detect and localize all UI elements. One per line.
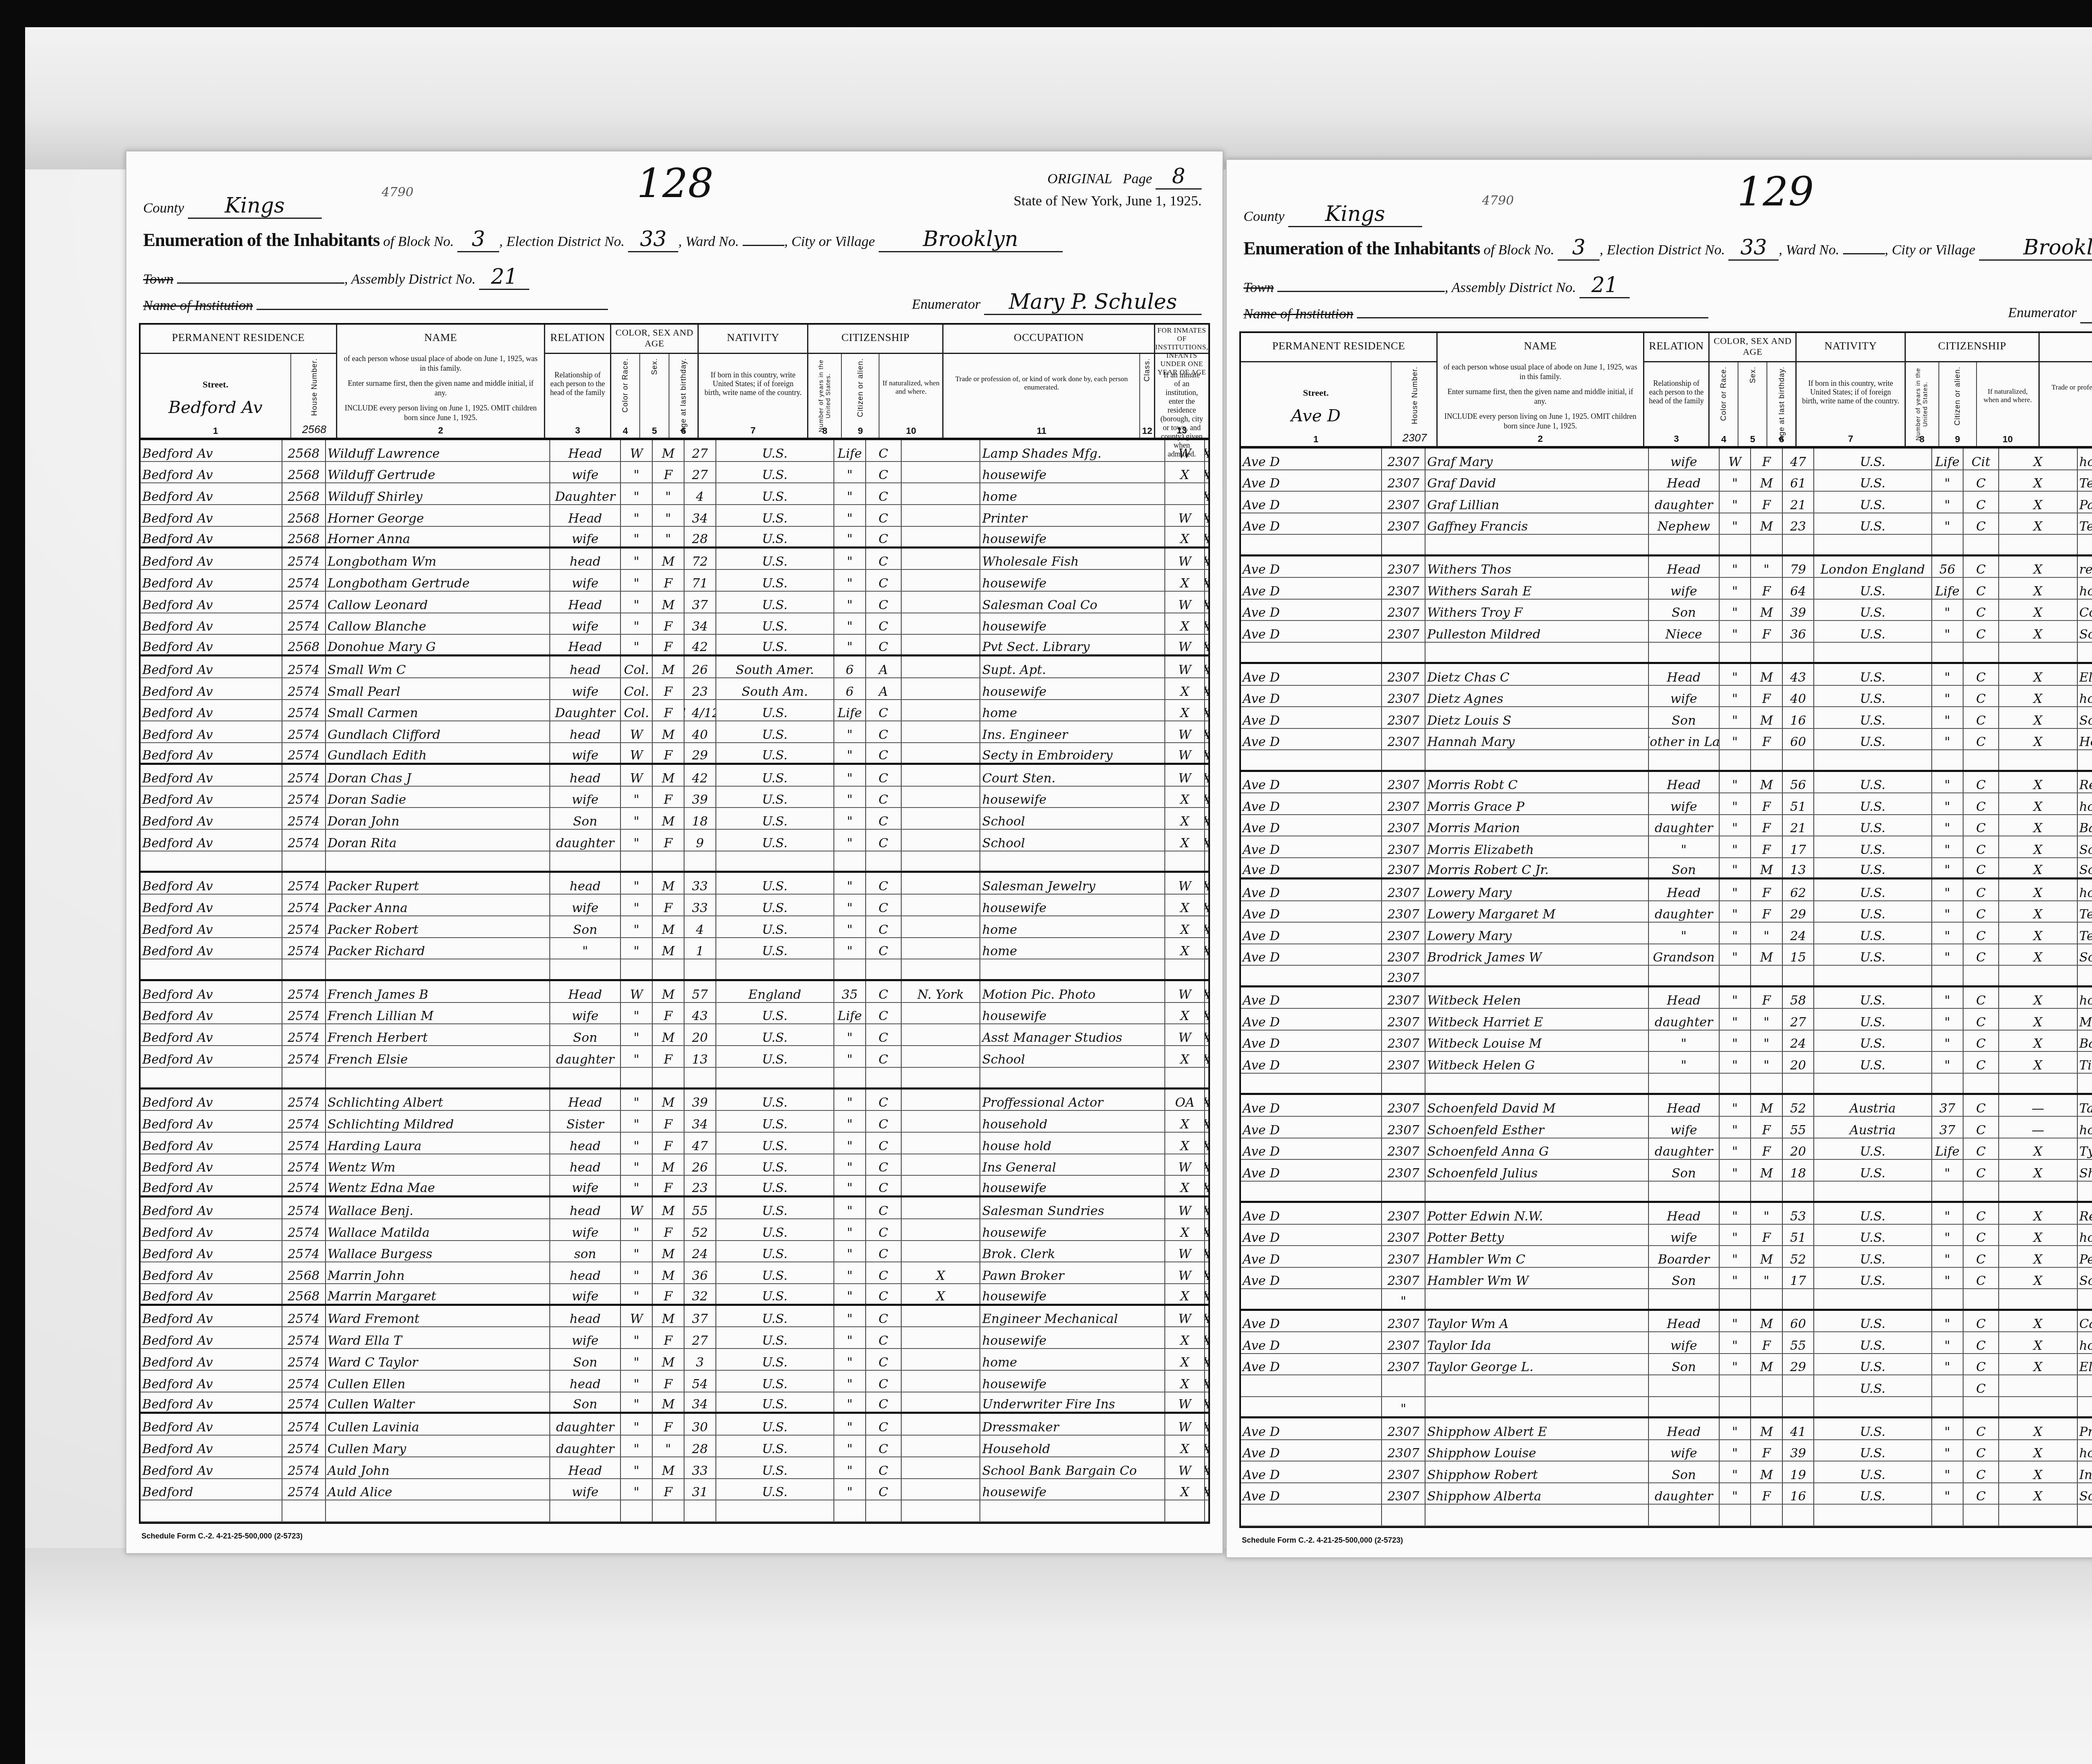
cell-relation: son bbox=[550, 1241, 621, 1262]
ward-value bbox=[1843, 253, 1885, 254]
cell-nativity: U.S. bbox=[716, 938, 834, 959]
header-sex: Sex. bbox=[1748, 367, 1757, 383]
cell-street: Ave D bbox=[1241, 987, 1382, 1008]
cell-years-in-us: " bbox=[834, 1176, 866, 1195]
cell-house-number: 2574 bbox=[282, 1371, 326, 1392]
cell-sex: M bbox=[653, 1090, 685, 1110]
column-number: 2 bbox=[337, 425, 544, 436]
cell-age: 56 bbox=[1783, 772, 1814, 793]
cell-occupation: School Bank Bargain Co bbox=[980, 1457, 1165, 1478]
header-relation: RELATION Relationship of each person to … bbox=[1644, 333, 1710, 446]
cell-class: X bbox=[1165, 570, 1205, 591]
cell-class: X bbox=[1165, 527, 1205, 546]
cell-naturalized bbox=[902, 1219, 980, 1240]
cell-inmate-residence: X bbox=[1205, 1392, 1208, 1412]
cell-house-number: 2574 bbox=[282, 1479, 326, 1500]
cell-occupation: Brok. Clerk bbox=[980, 1241, 1165, 1262]
cell-age: 51 bbox=[1783, 1225, 1814, 1246]
cell-age: 40 bbox=[685, 721, 716, 742]
cell-age: 27 bbox=[685, 440, 716, 461]
cell-color: W bbox=[1720, 449, 1751, 469]
cell-nativity: U.S. bbox=[716, 1046, 834, 1067]
cell-class: W bbox=[1165, 1241, 1205, 1262]
cell-inmate-residence: X bbox=[1205, 505, 1208, 526]
cell-sex bbox=[1751, 1397, 1782, 1417]
block-value: 3 bbox=[1558, 235, 1600, 261]
cell-color: " bbox=[1720, 879, 1751, 900]
cell-street: Ave D bbox=[1241, 513, 1382, 534]
cell-citizen-alien: C bbox=[866, 787, 902, 808]
county-field: County Kings bbox=[1243, 202, 1422, 227]
cell-occupation: house hold bbox=[980, 1133, 1165, 1154]
cell-name: Wilduff Lawrence bbox=[326, 440, 550, 461]
cell-sex: M bbox=[653, 549, 685, 569]
column-number: 8 bbox=[1906, 434, 1938, 444]
cell-inmate-residence: X bbox=[1205, 981, 1208, 1002]
town-assembly-line: Town , Assembly District No. 21 bbox=[1243, 273, 1630, 298]
cell-years-in-us bbox=[834, 959, 866, 979]
cell-nativity: U.S. bbox=[716, 721, 834, 742]
cell-naturalized bbox=[902, 1024, 980, 1045]
table-row bbox=[1241, 1074, 2092, 1095]
cell-age: 16 bbox=[1783, 1483, 1814, 1504]
cell-occupation: Pvt Sect. Library bbox=[980, 635, 1165, 654]
table-row: Bedford Av 2574 Schlichting Albert Head … bbox=[141, 1090, 1208, 1111]
cell-sex: M bbox=[653, 592, 685, 613]
table-row: Bedford Av 2574 French James B Head W M … bbox=[141, 981, 1208, 1003]
table-row: Ave D 2307 Witbeck Harriet E daughter " … bbox=[1241, 1009, 2092, 1031]
cell-nativity: U.S. bbox=[716, 570, 834, 591]
cell-color: " bbox=[621, 1046, 653, 1067]
cell-relation: wife bbox=[550, 787, 621, 808]
cell-years-in-us: " bbox=[1932, 987, 1964, 1008]
table-row: Ave D 2307 Dietz Agnes wife " F 40 U.S. … bbox=[1241, 686, 2092, 708]
cell-naturalized bbox=[902, 808, 980, 829]
cell-house-number: 2574 bbox=[282, 1090, 326, 1110]
cell-occupation: housewife bbox=[980, 787, 1165, 808]
cell-naturalized bbox=[902, 570, 980, 591]
cell-relation: head bbox=[550, 721, 621, 742]
cell-sex: M bbox=[1751, 600, 1782, 620]
table-row: Ave D 2307 Morris Robt C Head " M 56 U.S… bbox=[1241, 772, 2092, 794]
cell-sex: F bbox=[1751, 1138, 1782, 1159]
cell-name: Gundlach Clifford bbox=[326, 721, 550, 742]
cell-citizen-alien: C bbox=[1964, 1095, 1999, 1116]
cell-age: 58 bbox=[1783, 987, 1814, 1008]
cell-class: W bbox=[1165, 549, 1205, 569]
cell-citizen-alien: C bbox=[1964, 987, 1999, 1008]
table-row: Ave D 2307 Dietz Chas C Head " M 43 U.S.… bbox=[1241, 664, 2092, 686]
cell-occupation: Ins General bbox=[980, 1154, 1165, 1175]
cell-age: 21 bbox=[1783, 815, 1814, 836]
cell-color: " bbox=[1720, 793, 1751, 814]
cell-relation: Daughter bbox=[550, 483, 621, 504]
cell-class: W bbox=[1165, 765, 1205, 786]
cell-naturalized bbox=[1999, 1375, 2078, 1396]
cell-relation bbox=[1649, 1397, 1720, 1417]
cell-nativity: U.S. bbox=[716, 1306, 834, 1327]
cell-color: " bbox=[1720, 1246, 1751, 1267]
cell-years-in-us: " bbox=[1932, 858, 1964, 878]
cell-occupation: Cotton Goods mail clerk bbox=[2078, 600, 2092, 620]
cell-street: Bedford Av bbox=[141, 765, 282, 786]
cell-name: Doran Chas J bbox=[326, 765, 550, 786]
cell-citizen-alien: C bbox=[866, 462, 902, 483]
cell-occupation: Lamp Shades Mfg. bbox=[980, 440, 1165, 461]
cell-relation: head bbox=[550, 873, 621, 894]
cell-name: Lowery Mary bbox=[1425, 923, 1649, 944]
election-district-label: , Election District No. bbox=[499, 234, 624, 249]
cell-class bbox=[1165, 483, 1205, 504]
cell-citizen-alien: C bbox=[866, 1371, 902, 1392]
cell-color: " bbox=[621, 1327, 653, 1348]
cell-sex: M bbox=[653, 1457, 685, 1478]
cell-street: Bedford Av bbox=[141, 656, 282, 677]
cell-inmate-residence: X bbox=[1205, 938, 1208, 959]
cell-years-in-us: " bbox=[834, 1436, 866, 1456]
cell-relation: daughter bbox=[550, 1436, 621, 1456]
cell-occupation: home bbox=[980, 938, 1165, 959]
table-row: Bedford Av 2568 Wilduff Shirley Daughter… bbox=[141, 483, 1208, 505]
cell-citizen-alien: C bbox=[866, 1262, 902, 1283]
cell-street bbox=[1241, 643, 1382, 662]
cell-age: 32 bbox=[685, 1284, 716, 1304]
cell-class: W bbox=[1165, 743, 1205, 763]
cell-age: 60 bbox=[1783, 1311, 1814, 1332]
cell-age: 55 bbox=[1783, 1117, 1814, 1138]
cell-color: W bbox=[621, 765, 653, 786]
cell-class: W bbox=[1165, 440, 1205, 461]
cell-street: Ave D bbox=[1241, 1440, 1382, 1461]
cell-nativity: U.S. bbox=[1814, 1009, 1932, 1030]
cell-occupation: home bbox=[980, 700, 1165, 721]
cell-house-number: 2574 bbox=[282, 1176, 326, 1195]
cell-naturalized: X bbox=[1999, 707, 2078, 728]
table-row bbox=[141, 1500, 1208, 1522]
header-sex: Sex. bbox=[650, 358, 659, 375]
cell-street: Bedford Av bbox=[141, 570, 282, 591]
header-occupation: OCCUPATION Trade or profession of, or ki… bbox=[943, 325, 1155, 438]
cell-relation: Head bbox=[1649, 987, 1720, 1008]
cell-inmate-residence: X bbox=[1205, 1371, 1208, 1392]
cell-house-number: 2307 bbox=[1382, 578, 1425, 599]
cell-citizen-alien: C bbox=[1964, 858, 1999, 878]
cell-years-in-us: " bbox=[1932, 1268, 1964, 1289]
cell-occupation: Ins Broker Fire bbox=[2078, 1461, 2092, 1482]
block-value: 3 bbox=[457, 227, 499, 252]
cell-color: " bbox=[621, 1111, 653, 1132]
cell-age: 34 bbox=[685, 613, 716, 634]
assembly-district-value: 21 bbox=[1579, 273, 1630, 298]
cell-years-in-us: " bbox=[834, 1154, 866, 1175]
cell-citizen-alien: C bbox=[866, 916, 902, 937]
cell-naturalized bbox=[1999, 966, 2078, 985]
cell-sex: F bbox=[1751, 449, 1782, 469]
cell-years-in-us: " bbox=[1932, 707, 1964, 728]
cell-age: 15 bbox=[1783, 944, 1814, 965]
cell-street: Bedford Av bbox=[141, 1392, 282, 1412]
cell-house-number: 2574 bbox=[282, 765, 326, 786]
cell-citizen-alien: C bbox=[1964, 1440, 1999, 1461]
cell-class: X bbox=[1165, 787, 1205, 808]
cell-inmate-residence: X bbox=[1205, 1154, 1208, 1175]
cell-name: Harding Laura bbox=[326, 1133, 550, 1154]
census-page-left: 128 ORIGINAL Page 8 State of New York, J… bbox=[126, 151, 1223, 1554]
cell-age: 39 bbox=[1783, 1440, 1814, 1461]
header-label: COLOR, SEX AND AGE bbox=[611, 325, 698, 354]
cell-nativity: U.S. bbox=[716, 1414, 834, 1435]
cell-street: Ave D bbox=[1241, 1246, 1382, 1267]
cell-sex: M bbox=[1751, 470, 1782, 491]
cell-nativity: U.S. bbox=[1814, 600, 1932, 620]
cell-color: " bbox=[621, 1241, 653, 1262]
cell-class: X bbox=[1165, 1327, 1205, 1348]
cell-sex: F bbox=[1751, 729, 1782, 750]
cell-years-in-us: " bbox=[834, 635, 866, 654]
cell-sex: F bbox=[653, 700, 685, 721]
cell-sex: M bbox=[653, 440, 685, 461]
original-page-field: ORIGINAL Page 8 bbox=[1047, 164, 1202, 190]
cell-years-in-us: " bbox=[1932, 686, 1964, 707]
cell-house-number: 2574 bbox=[282, 830, 326, 851]
column-number: 4 bbox=[1710, 434, 1738, 444]
town-assembly-line: Town , Assembly District No. 21 bbox=[143, 264, 529, 290]
cell-house-number: 2574 bbox=[282, 787, 326, 808]
cell-sex: F bbox=[1751, 836, 1782, 857]
cell-class: X bbox=[1165, 1133, 1205, 1154]
cell-house-number: 2568 bbox=[282, 440, 326, 461]
cell-sex: F bbox=[1751, 879, 1782, 900]
cell-naturalized: X bbox=[1999, 836, 2078, 857]
table-row: Bedford Av 2574 Schlichting Mildred Sist… bbox=[141, 1111, 1208, 1133]
table-row: Ave D 2307 Lowery Mary " " " 24 U.S. " C… bbox=[1241, 923, 2092, 944]
cell-color: " bbox=[1720, 901, 1751, 922]
table-row: Bedford 2574 Auld Alice wife " F 31 U.S.… bbox=[141, 1479, 1208, 1501]
table-row: " bbox=[1241, 1397, 2092, 1419]
column-number: 4 bbox=[611, 426, 640, 436]
cell-relation: wife bbox=[1649, 578, 1720, 599]
enumerator-line: Enumerator Mary P. Schules bbox=[2008, 298, 2092, 323]
cell-color: " bbox=[621, 570, 653, 591]
cell-sex: M bbox=[653, 808, 685, 829]
cell-occupation: Asst Manager Studios bbox=[980, 1024, 1165, 1045]
cell-house-number: 2307 bbox=[1382, 1160, 1425, 1181]
cell-relation: head bbox=[550, 1133, 621, 1154]
cell-relation: wife bbox=[550, 1219, 621, 1240]
cell-street bbox=[1241, 750, 1382, 770]
cell-nativity: U.S. bbox=[716, 1219, 834, 1240]
table-row: Ave D 2307 Graf Lillian daughter " F 21 … bbox=[1241, 492, 2092, 513]
cell-citizen-alien: C bbox=[866, 1327, 902, 1348]
cell-relation: wife bbox=[550, 570, 621, 591]
cell-occupation: Dressmaker bbox=[980, 1414, 1165, 1435]
election-district-value: 33 bbox=[1728, 235, 1779, 261]
cell-relation bbox=[550, 1500, 621, 1521]
table-row bbox=[1241, 643, 2092, 664]
cell-street: Ave D bbox=[1241, 901, 1382, 922]
cell-age: 26 bbox=[685, 1154, 716, 1175]
cell-naturalized: X bbox=[1999, 664, 2078, 685]
cell-street: Bedford Av bbox=[141, 721, 282, 742]
cell-name: Doran John bbox=[326, 808, 550, 829]
table-row: Bedford Av 2568 Marrin John head " M 36 … bbox=[141, 1262, 1208, 1284]
institution-label: Name of Institution bbox=[1243, 306, 1354, 322]
cell-relation bbox=[1649, 750, 1720, 770]
cell-sex bbox=[1751, 1375, 1782, 1396]
cell-street bbox=[1241, 966, 1382, 985]
cell-house-number: 2307 bbox=[1382, 707, 1425, 728]
cell-age bbox=[1783, 1375, 1814, 1396]
cell-sex: F bbox=[1751, 987, 1782, 1008]
cell-house-number: 2574 bbox=[282, 721, 326, 742]
table-row bbox=[141, 851, 1208, 873]
cell-house-number: 2568 bbox=[282, 462, 326, 483]
cell-age: 29 bbox=[1783, 901, 1814, 922]
header-label: NATIVITY bbox=[1797, 333, 1904, 362]
header-label: RELATION bbox=[1644, 333, 1708, 362]
cell-sex: F bbox=[653, 1111, 685, 1132]
cell-nativity: U.S. bbox=[1814, 1225, 1932, 1246]
cell-nativity: South Am. bbox=[716, 678, 834, 699]
cell-color: " bbox=[621, 895, 653, 915]
cell-name: Schoenfeld Esther bbox=[1425, 1117, 1649, 1138]
cell-name: Withers Sarah E bbox=[1425, 578, 1649, 599]
cell-years-in-us: " bbox=[834, 743, 866, 763]
cell-name: Brodrick James W bbox=[1425, 944, 1649, 965]
cell-house-number: 2307 bbox=[1382, 858, 1425, 878]
cell-naturalized bbox=[1999, 643, 2078, 662]
cell-sex: F bbox=[653, 1414, 685, 1435]
cell-citizen-alien: C bbox=[1964, 1031, 1999, 1051]
original-label: ORIGINAL bbox=[1047, 171, 1112, 187]
cell-house-number: 2307 bbox=[1382, 729, 1425, 750]
cell-house-number: 2574 bbox=[282, 678, 326, 699]
cell-naturalized: X bbox=[1999, 686, 2078, 707]
cell-sex: F bbox=[1751, 1117, 1782, 1138]
cell-naturalized: X bbox=[1999, 729, 2078, 750]
cell-color: " bbox=[621, 1284, 653, 1304]
cell-nativity: U.S. bbox=[716, 592, 834, 613]
cell-sex: M bbox=[1751, 664, 1782, 685]
cell-relation: Nephew bbox=[1649, 513, 1720, 534]
cell-class: X bbox=[1165, 1219, 1205, 1240]
cell-occupation: housewife bbox=[980, 613, 1165, 634]
cell-relation: Son bbox=[1649, 1268, 1720, 1289]
cell-citizen-alien: C bbox=[1964, 923, 1999, 944]
cell-inmate-residence: X bbox=[1205, 1436, 1208, 1456]
table-row: Ave D 2307 Dietz Louis S Son " M 16 U.S.… bbox=[1241, 707, 2092, 729]
cell-name bbox=[326, 1500, 550, 1521]
cell-street: Bedford Av bbox=[141, 440, 282, 461]
cell-nativity: U.S. bbox=[1814, 470, 1932, 491]
institution-label: Name of Institution bbox=[143, 298, 253, 313]
cell-years-in-us: " bbox=[1932, 1225, 1964, 1246]
cell-class: W bbox=[1165, 1414, 1205, 1435]
cell-color: " bbox=[1720, 772, 1751, 793]
cell-street bbox=[1241, 535, 1382, 554]
cell-house-number: 2307 bbox=[1382, 1311, 1425, 1332]
cell-naturalized bbox=[902, 440, 980, 461]
cell-color: " bbox=[1720, 1332, 1751, 1353]
cell-citizen-alien: C bbox=[866, 1046, 902, 1067]
cell-citizen-alien: C bbox=[866, 1090, 902, 1110]
cell-class: W bbox=[1165, 981, 1205, 1002]
cell-name: Dietz Louis S bbox=[1425, 707, 1649, 728]
cell-naturalized bbox=[902, 462, 980, 483]
cell-sex bbox=[1751, 966, 1782, 985]
column-number: 10 bbox=[1977, 434, 2039, 444]
cell-relation: wife bbox=[1649, 793, 1720, 814]
county-value: Kings bbox=[188, 193, 322, 219]
cell-occupation: Pay Clerk bbox=[2078, 492, 2092, 513]
cell-nativity: U.S. bbox=[1814, 879, 1932, 900]
cell-color: " bbox=[621, 787, 653, 808]
cell-years-in-us: " bbox=[834, 483, 866, 504]
cell-years-in-us: " bbox=[834, 938, 866, 959]
page-number: 8 bbox=[1156, 164, 1202, 190]
cell-occupation bbox=[2078, 535, 2092, 554]
cell-sex: F bbox=[653, 1003, 685, 1024]
county-value: Kings bbox=[1288, 202, 1422, 227]
cell-class bbox=[1165, 959, 1205, 979]
cell-street: Ave D bbox=[1241, 707, 1382, 728]
scan-bottom-shadow bbox=[25, 1548, 2092, 1764]
cell-class: X bbox=[1165, 700, 1205, 721]
cell-sex: F bbox=[653, 1284, 685, 1304]
cell-naturalized bbox=[902, 656, 980, 677]
cell-nativity: U.S. bbox=[716, 1090, 834, 1110]
cell-naturalized bbox=[1999, 1182, 2078, 1201]
cell-occupation: Cabinet Maker bbox=[2078, 1311, 2092, 1332]
cell-house-number: 2307 bbox=[1382, 600, 1425, 620]
schedule-form-footer: Schedule Form C.-2. 4-21-25-500,000 (2-5… bbox=[1242, 1536, 1403, 1545]
cell-citizen-alien: C bbox=[866, 1457, 902, 1478]
cell-occupation: Telegraph Op. bbox=[2078, 470, 2092, 491]
cell-naturalized bbox=[902, 873, 980, 894]
cell-years-in-us: " bbox=[834, 1024, 866, 1045]
cell-inmate-residence: X bbox=[1205, 700, 1208, 721]
cell-house-number: 2307 bbox=[1382, 901, 1425, 922]
cell-nativity: U.S. bbox=[716, 505, 834, 526]
cell-occupation: housewife bbox=[2078, 449, 2092, 469]
table-row: Bedford Av 2574 Small Wm C head Col. M 2… bbox=[141, 656, 1208, 678]
cell-nativity: U.S. bbox=[1814, 621, 1932, 642]
cell-inmate-residence: X bbox=[1205, 1046, 1208, 1067]
table-row: 2307 bbox=[1241, 966, 2092, 987]
cell-street: Bedford Av bbox=[141, 592, 282, 613]
cell-street: Bedford Av bbox=[141, 938, 282, 959]
cell-years-in-us: " bbox=[834, 1111, 866, 1132]
cell-class: X bbox=[1165, 1284, 1205, 1304]
cell-relation: " bbox=[1649, 923, 1720, 944]
cell-nativity: U.S. bbox=[1814, 815, 1932, 836]
cell-street: Bedford bbox=[141, 1479, 282, 1500]
cell-relation bbox=[1649, 1505, 1720, 1526]
cell-color: " bbox=[621, 873, 653, 894]
cell-street: Ave D bbox=[1241, 772, 1382, 793]
cell-inmate-residence: X bbox=[1205, 1219, 1208, 1240]
cell-relation bbox=[1649, 1074, 1720, 1093]
cell-citizen-alien: C bbox=[1964, 1418, 1999, 1439]
cell-class: X bbox=[1165, 678, 1205, 699]
cell-relation: Head bbox=[1649, 556, 1720, 577]
cell-sex: M bbox=[1751, 1246, 1782, 1267]
cell-age: 71 bbox=[685, 570, 716, 591]
cell-occupation: School bbox=[2078, 1268, 2092, 1289]
cell-relation: wife bbox=[550, 1327, 621, 1348]
cell-color: " bbox=[1720, 664, 1751, 685]
cell-naturalized: X bbox=[1999, 815, 2078, 836]
